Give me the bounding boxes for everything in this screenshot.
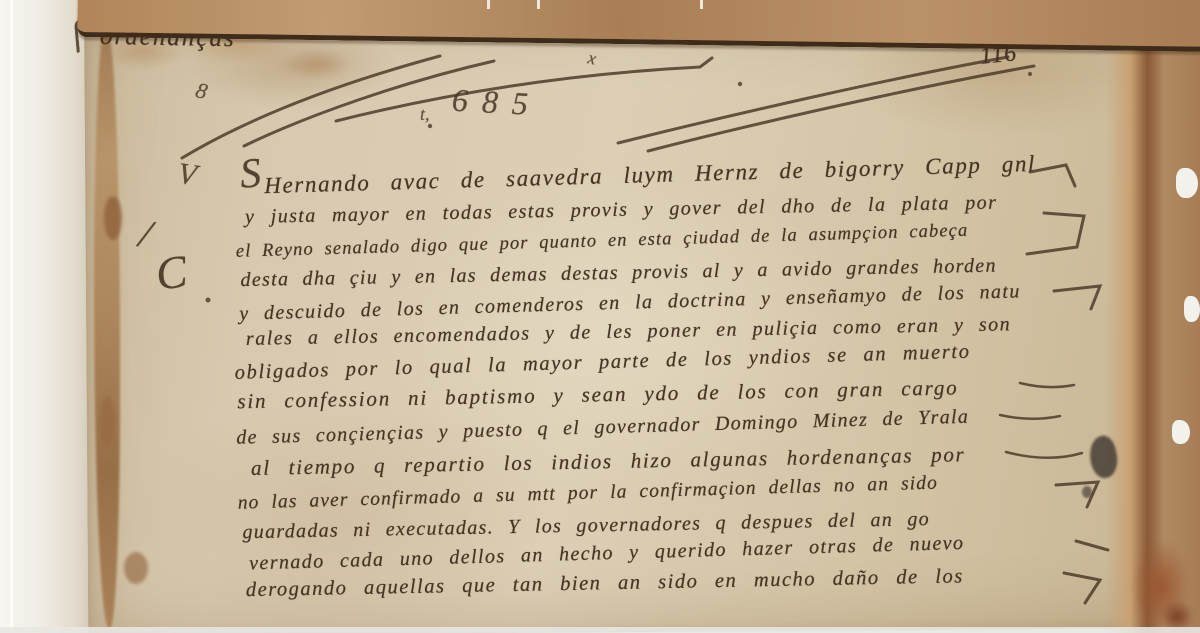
photo-bottom-edge: [0, 627, 1200, 633]
manuscript-text-block: Hernando avac de saavedra luym Hernz de …: [228, 151, 1124, 622]
manuscript-text-line: de sus conçiençias y puesto q el governa…: [236, 406, 970, 450]
ink-mark: t,: [420, 104, 430, 125]
page-gap: [487, 0, 490, 9]
page-gap: [537, 0, 540, 9]
page-gap: [700, 0, 703, 9]
year-number: 685: [451, 82, 543, 124]
manuscript-photo: ordenanças 116 685 ſ V S / C 8 t, x Hern…: [0, 0, 1200, 633]
